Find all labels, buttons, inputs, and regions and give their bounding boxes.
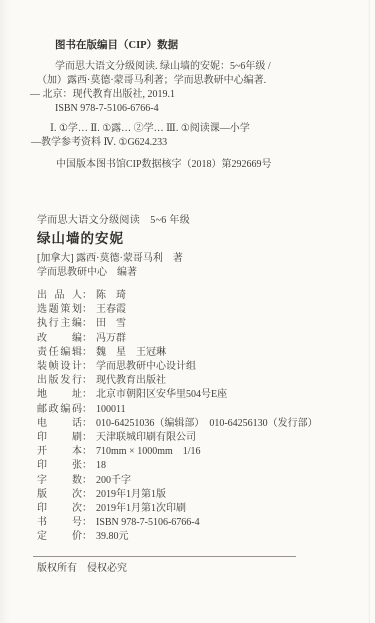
colophon-row-impression: 印次：2019年1月第1次印刷 bbox=[37, 502, 375, 516]
colon: ： bbox=[82, 304, 92, 315]
colophon-row-phone: 电话：010-64251036（编辑部） 010-64256130（发行部） bbox=[37, 417, 375, 431]
colophon-row-responsible-editor: 责任编辑：魏 星 王冠琳 bbox=[37, 346, 375, 360]
colophon-row-postcode: 邮政编码：100011 bbox=[37, 403, 375, 417]
colophon-row-edition: 版次：2019年1月第1版 bbox=[37, 488, 375, 502]
book-header: 学而思大语文分级阅读 5~6 年级 绿山墙的安妮 [加拿大] 露西·莫德·蒙哥马… bbox=[37, 214, 375, 280]
colon: ： bbox=[82, 318, 92, 329]
colophon-label: 出版发行 bbox=[37, 374, 82, 388]
colophon-label: 改编 bbox=[37, 332, 82, 346]
cip-record-line-2: （加）露西·莫德·蒙哥马利著；学而思教研中心编著. bbox=[37, 74, 375, 88]
colon: ： bbox=[82, 531, 92, 542]
colon: ： bbox=[82, 290, 92, 301]
colophon-row-isbn: 书号：ISBN 978-7-5106-6766-4 bbox=[37, 516, 375, 530]
colophon-value: 18 bbox=[96, 460, 106, 471]
colophon-row-format: 开本：710mm × 1000mm 1/16 bbox=[37, 445, 375, 459]
colophon-value: 天津联城印刷有限公司 bbox=[96, 432, 196, 443]
colophon-label: 执行主编 bbox=[37, 317, 82, 331]
colon: ： bbox=[82, 389, 92, 400]
colon: ： bbox=[82, 489, 92, 500]
colon: ： bbox=[82, 503, 92, 514]
colophon-row-sheets: 印张：18 bbox=[37, 459, 375, 473]
colophon-value: 北京市朝阳区安华里504号E座 bbox=[96, 389, 227, 400]
colophon-label: 装帧设计 bbox=[37, 360, 82, 374]
colophon-value: 王春霞 bbox=[96, 304, 126, 315]
colophon-value: 710mm × 1000mm 1/16 bbox=[96, 446, 201, 457]
colophon-row-design: 装帧设计：学而思教研中心设计组 bbox=[37, 360, 375, 374]
colon: ： bbox=[82, 361, 92, 372]
colon: ： bbox=[82, 375, 92, 386]
cip-block: 图书在版编目（CIP）数据 学而思大语文分级阅读. 绿山墙的安妮：5~6年级 /… bbox=[37, 39, 375, 172]
colophon-label: 版次 bbox=[37, 488, 82, 502]
cip-registry-line: 中国版本图书馆CIP数据核字（2018）第292669号 bbox=[56, 158, 375, 172]
colophon-row-address: 地址：北京市朝阳区安华里504号E座 bbox=[37, 388, 375, 402]
colophon-value: 冯万群 bbox=[96, 333, 126, 344]
colophon-value: 现代教育出版社 bbox=[96, 375, 166, 386]
book-editor: 学而思教研中心 编著 bbox=[37, 266, 375, 280]
colon: ： bbox=[82, 460, 92, 471]
colophon-row-publisher: 出版发行：现代教育出版社 bbox=[37, 374, 375, 388]
book-author: [加拿大] 露西·莫德·蒙哥马利 著 bbox=[37, 252, 375, 266]
colophon-row-printer: 印刷：天津联城印刷有限公司 bbox=[37, 431, 375, 445]
series-name: 学而思大语文分级阅读 5~6 年级 bbox=[37, 214, 375, 228]
colon: ： bbox=[82, 475, 92, 486]
colophon-value: 100011 bbox=[96, 404, 126, 415]
colophon-label: 选题策划 bbox=[37, 303, 82, 317]
copyright-notice: 版权所有 侵权必究 bbox=[37, 562, 375, 576]
colophon-label: 字数 bbox=[37, 474, 82, 488]
book-title: 绿山墙的安妮 bbox=[37, 230, 375, 248]
colophon-label: 责任编辑 bbox=[37, 346, 82, 360]
colophon-value: ISBN 978-7-5106-6766-4 bbox=[96, 517, 200, 528]
colon: ： bbox=[82, 404, 92, 415]
footer-divider bbox=[33, 556, 296, 557]
copyright-page: 图书在版编目（CIP）数据 学而思大语文分级阅读. 绿山墙的安妮：5~6年级 /… bbox=[0, 0, 375, 623]
colophon-value: 200千字 bbox=[96, 475, 131, 486]
colophon-value: 010-64251036（编辑部） 010-64256130（发行部） bbox=[96, 418, 318, 429]
cip-record-line-1: 学而思大语文分级阅读. 绿山墙的安妮：5~6年级 / bbox=[55, 60, 375, 74]
colophon-value: 2019年1月第1版 bbox=[96, 489, 166, 500]
colon: ： bbox=[82, 347, 92, 358]
colophon-list: 出品人：陈 琦 选题策划：王春霞 执行主编：田 雪 改编：冯万群 责任编辑：魏 … bbox=[37, 289, 375, 545]
cip-heading: 图书在版编目（CIP）数据 bbox=[55, 39, 375, 53]
colon: ： bbox=[82, 333, 92, 344]
colophon-label: 开本 bbox=[37, 445, 82, 459]
colophon-label: 印次 bbox=[37, 502, 82, 516]
colon: ： bbox=[82, 517, 92, 528]
cip-isbn-line: ISBN 978-7-5106-6766-4 bbox=[55, 102, 375, 116]
colophon-label: 定价 bbox=[37, 530, 82, 544]
cip-record-line-3: — 北京：现代教育出版社, 2019.1 bbox=[30, 88, 375, 102]
colon: ： bbox=[82, 446, 92, 457]
colophon-value: 陈 琦 bbox=[96, 290, 126, 301]
colophon-row-executive-editor: 执行主编：田 雪 bbox=[37, 317, 375, 331]
colophon-row-producer: 出品人：陈 琦 bbox=[37, 289, 375, 303]
colophon-value: 田 雪 bbox=[96, 318, 126, 329]
colophon-label: 书号 bbox=[37, 516, 82, 530]
page-left-edge-shadow bbox=[0, 0, 10, 623]
colophon-label: 邮政编码 bbox=[37, 403, 82, 417]
colophon-label: 印刷 bbox=[37, 431, 82, 445]
colophon-row-wordcount: 字数：200千字 bbox=[37, 474, 375, 488]
colon: ： bbox=[82, 432, 92, 443]
colophon-row-adapter: 改编：冯万群 bbox=[37, 332, 375, 346]
colophon-label: 电话 bbox=[37, 417, 82, 431]
colophon-value: 2019年1月第1次印刷 bbox=[96, 503, 186, 514]
colophon-row-planner: 选题策划：王春霞 bbox=[37, 303, 375, 317]
colophon-value: 39.80元 bbox=[96, 531, 129, 542]
colophon-label: 印张 bbox=[37, 459, 82, 473]
cip-classification-line-2: —教学参考资料 Ⅳ. ①G624.233 bbox=[31, 136, 375, 150]
colophon-value: 学而思教研中心设计组 bbox=[96, 361, 196, 372]
cip-classification-line-1: Ⅰ. ①学… Ⅱ. ①露… ②学… Ⅲ. ①阅读课—小学 bbox=[50, 122, 375, 136]
colophon-row-price: 定价：39.80元 bbox=[37, 530, 375, 544]
colophon-value: 魏 星 王冠琳 bbox=[96, 347, 166, 358]
colophon-label: 地址 bbox=[37, 388, 82, 402]
colophon-label: 出品人 bbox=[37, 289, 82, 303]
colon: ： bbox=[82, 418, 92, 429]
